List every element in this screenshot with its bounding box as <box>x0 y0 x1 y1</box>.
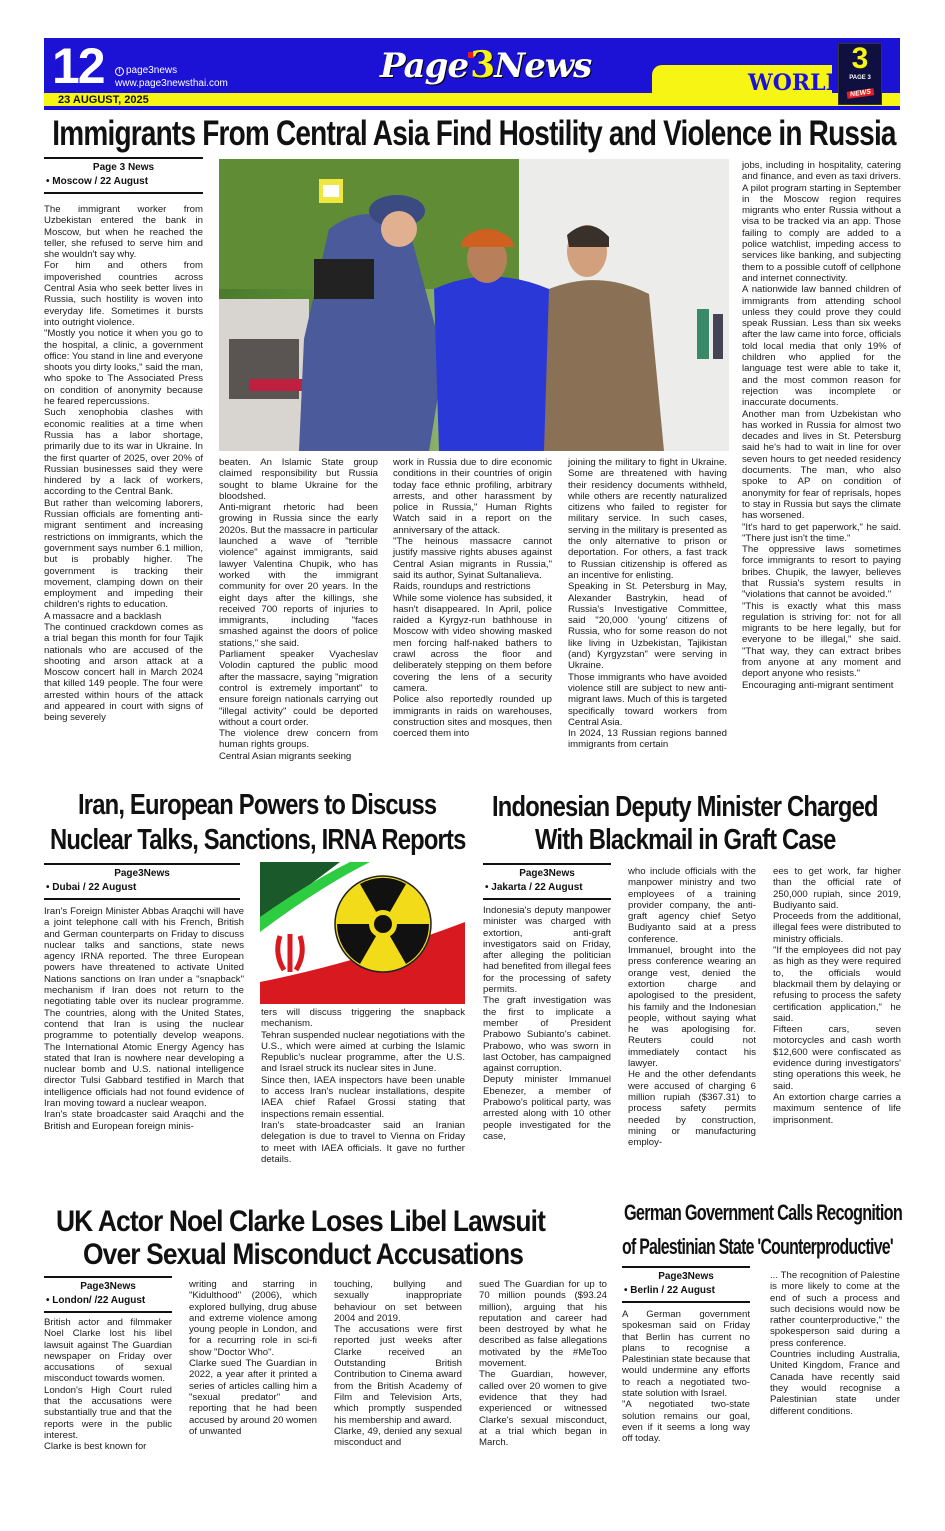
indonesia-column-1: Indonesia's deputy manpower minister was… <box>483 905 611 1195</box>
headline-indonesia-line1: Indonesian Deputy Minister Charged <box>492 789 878 825</box>
uk-column-1: British actor and filmmaker Noel Clarke … <box>44 1317 172 1497</box>
headline-indonesia-line2: With Blackmail in Graft Case <box>535 822 836 858</box>
newspaper-logo: Page3News <box>380 44 591 86</box>
iran-column-2: ters will discuss triggering the snapbac… <box>261 1007 465 1197</box>
iran-nuclear-flag-photo <box>260 862 465 1004</box>
uk-column-2: writing and starring in "Kidulthood" (20… <box>189 1279 317 1499</box>
headline-uk-line2: Over Sexual Misconduct Accusations <box>83 1236 523 1273</box>
headline-uk-line1: UK Actor Noel Clarke Loses Libel Lawsuit <box>56 1203 545 1240</box>
byline-iran: Page3News • Dubai / 22 August <box>44 863 240 900</box>
byline-germany: Page3News • Berlin / 22 August <box>622 1266 750 1303</box>
headline-germany-line2: of Palestinian State 'Counterproductive' <box>622 1232 893 1262</box>
indonesia-column-3: ees to get work, far higher than the off… <box>773 866 901 1196</box>
byline-russia: Page 3 News • Moscow / 22 August <box>44 157 203 194</box>
byline-uk: Page3News • London/ /22 August <box>44 1276 172 1313</box>
headline-germany-line1: German Government Calls Recognition <box>624 1198 902 1228</box>
russia-column-4: joining the military to fight in Ukraine… <box>568 457 727 782</box>
iran-column-1: Iran's Foreign Minister Abbas Araqchi wi… <box>44 906 244 1196</box>
russia-police-photo <box>219 159 729 451</box>
headline-iran-line2: Nuclear Talks, Sanctions, IRNA Reports <box>50 822 465 858</box>
uk-column-3: touching, bullying and sexually inapprop… <box>334 1279 462 1499</box>
uk-column-4: sued The Guardian for up to 70 million p… <box>479 1279 607 1499</box>
headline-iran-line1: Iran, European Powers to Discuss <box>78 787 436 823</box>
russia-column-2: beaten. An Islamic State group claimed r… <box>219 457 378 782</box>
russia-column-1: The immigrant worker from Uzbekistan ent… <box>44 204 203 784</box>
page3-badge-logo: 3 PAGE 3 NEWS <box>838 43 882 105</box>
byline-indonesia: Page3News • Jakarta / 22 August <box>483 863 611 900</box>
social-handle[interactable]: fpage3news <box>115 64 177 78</box>
masthead-divider <box>44 106 900 109</box>
section-label: WORLD <box>748 70 845 96</box>
website-link[interactable]: www.page3newsthai.com <box>115 78 228 89</box>
issue-date: 23 AUGUST, 2025 <box>58 94 149 107</box>
germany-column-1: A German government spokesman said on Fr… <box>622 1309 750 1499</box>
facebook-icon: f <box>115 67 124 76</box>
russia-column-3: work in Russia due to dire economic cond… <box>393 457 552 782</box>
headline-russia: Immigrants From Central Asia Find Hostil… <box>50 112 898 156</box>
indonesia-column-2: who include officials with the manpower … <box>628 866 756 1196</box>
germany-column-2: ... The recognition of Palestine is more… <box>770 1270 900 1495</box>
page-number: 12 <box>52 36 104 96</box>
russia-column-5: jobs, including in hospitality, catering… <box>742 160 901 782</box>
